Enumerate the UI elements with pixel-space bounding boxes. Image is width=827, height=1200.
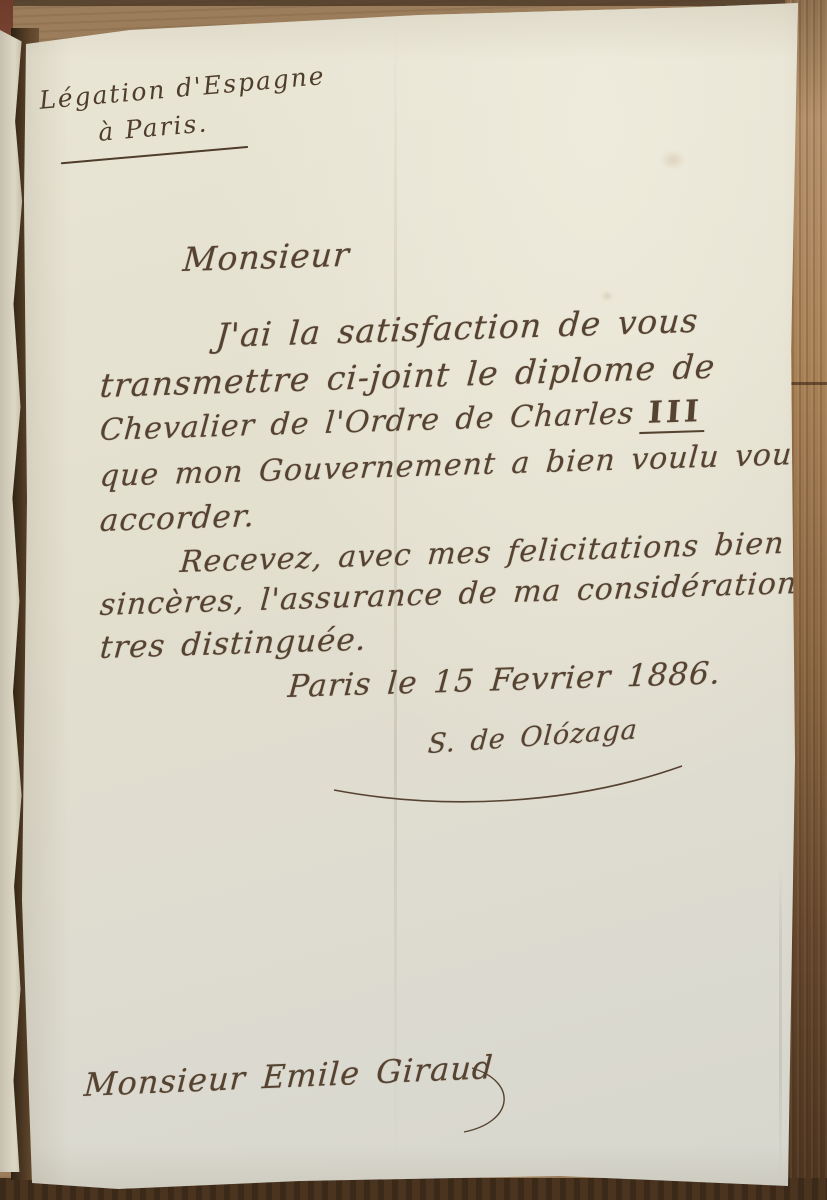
foxing-spot <box>660 150 686 170</box>
signature-flourish <box>330 756 690 806</box>
salutation: Monsieur <box>182 235 352 279</box>
body-line-5: accorder. <box>99 498 257 539</box>
photo-of-letter: Légation d'Espagne à Paris. Monsieur J'a… <box>0 0 827 1200</box>
charles-iii-numeral: III <box>639 394 707 434</box>
paper-right-crease <box>779 860 782 1180</box>
foxing-spot <box>600 290 614 302</box>
letter-sheet: Légation d'Espagne à Paris. Monsieur J'a… <box>0 0 827 1200</box>
addressee-flourish <box>452 1062 536 1146</box>
